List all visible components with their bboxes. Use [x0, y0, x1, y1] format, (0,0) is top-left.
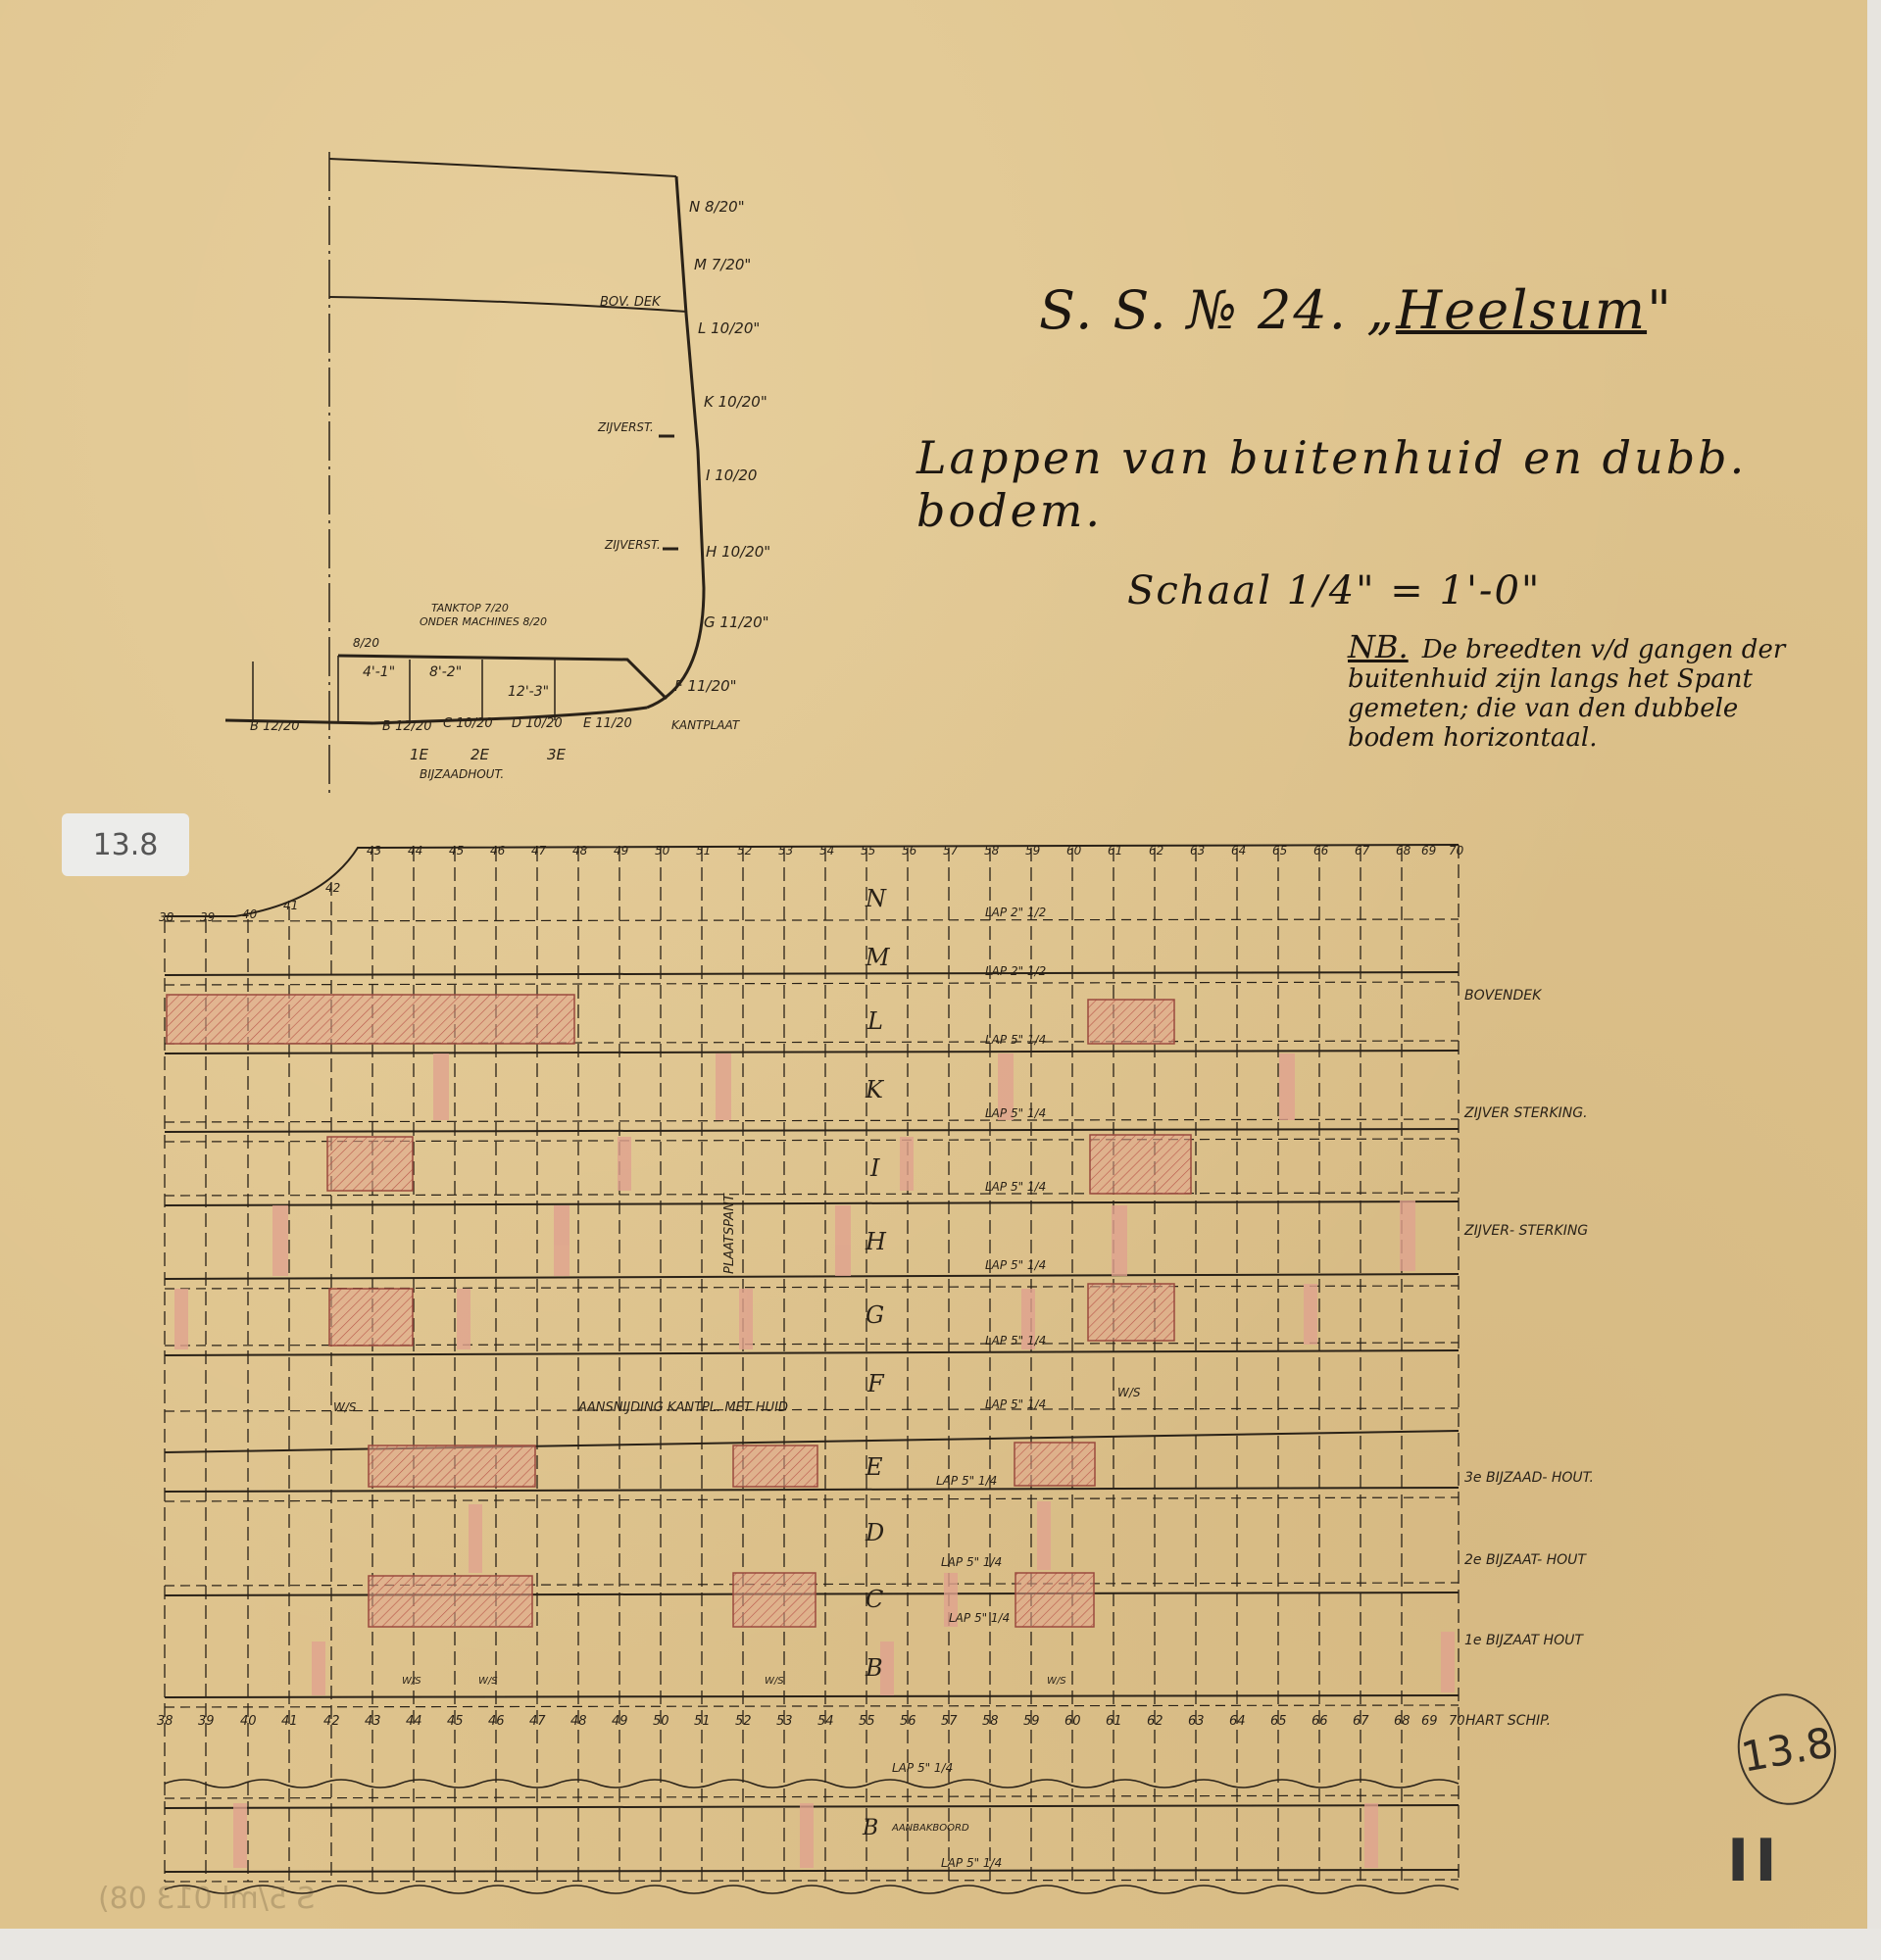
strake-L-thickness: L 10/20" — [698, 319, 760, 337]
svg-text:44: 44 — [408, 844, 422, 857]
svg-text:69: 69 — [1421, 1714, 1438, 1729]
svg-text:41: 41 — [281, 1714, 298, 1729]
bijzaadhout-2-label: 2e BIJZAAT- HOUT — [1464, 1552, 1587, 1568]
svg-text:46: 46 — [488, 1714, 505, 1729]
svg-text:47: 47 — [529, 1714, 546, 1729]
svg-text:51: 51 — [694, 1714, 711, 1729]
svg-text:56: 56 — [900, 1714, 916, 1729]
svg-text:LAP 5" 1/4: LAP 5" 1/4 — [985, 1106, 1046, 1120]
svg-text:44: 44 — [406, 1714, 422, 1729]
svg-text:57: 57 — [943, 844, 959, 857]
bijzaadhout-3-label: 3e BIJZAAD- HOUT. — [1464, 1470, 1594, 1486]
bovendek-label: BOVENDEK — [1464, 988, 1543, 1004]
svg-text:66: 66 — [1313, 844, 1329, 857]
svg-text:LAP 2" 1/2: LAP 2" 1/2 — [985, 906, 1046, 919]
svg-text:58: 58 — [984, 844, 1000, 857]
svg-text:LAP 5" 1/4: LAP 5" 1/4 — [936, 1474, 997, 1488]
svg-text:60: 60 — [1066, 844, 1082, 857]
svg-text:W/S: W/S — [1047, 1676, 1066, 1687]
svg-text:70: 70 — [1449, 1714, 1465, 1729]
svg-text:39: 39 — [200, 910, 215, 924]
tanktop-margin-thickness: 8/20 — [353, 636, 379, 650]
svg-text:45: 45 — [447, 1714, 464, 1729]
sheet-mark: II — [1727, 1827, 1783, 1895]
aanbakboord-label: AANBAKBOORD — [891, 1823, 969, 1834]
upper-deck-line — [329, 159, 676, 176]
svg-text:58: 58 — [982, 1714, 999, 1729]
bijzaadhout-1-label: 1e BIJZAAT HOUT — [1464, 1633, 1584, 1648]
frame-numbers-top: 38 39 40 41 42 43 44 45 46 47 48 49 50 5… — [159, 844, 1464, 924]
svg-text:56: 56 — [902, 844, 917, 857]
bijzaad-2-label: 2E — [470, 746, 490, 763]
strake-C-thickness: C 10/20 — [443, 716, 493, 731]
svg-text:LAP 5" 1/4: LAP 5" 1/4 — [941, 1555, 1002, 1569]
svg-text:LAP 5" 1/4: LAP 5" 1/4 — [892, 1761, 953, 1775]
drawing-subtitle: Lappen van buitenhuid en dubb. bodem. — [916, 431, 1881, 537]
svg-text:53: 53 — [778, 844, 793, 857]
drawing-scale: Schaal 1/4" = 1'-0" — [1127, 568, 1541, 613]
svg-text:42: 42 — [323, 1714, 340, 1729]
svg-text:48: 48 — [570, 1714, 587, 1729]
svg-text:39: 39 — [198, 1714, 215, 1729]
svg-text:LAP 5" 1/4: LAP 5" 1/4 — [985, 1258, 1046, 1272]
svg-text:70: 70 — [1449, 844, 1464, 857]
svg-text:62: 62 — [1147, 1714, 1163, 1729]
svg-text:53: 53 — [776, 1714, 793, 1729]
strake-G-thickness: G 11/20" — [704, 613, 769, 631]
onder-machines-label: ONDER MACHINES 8/20 — [420, 615, 547, 628]
svg-text:E: E — [865, 1453, 883, 1481]
svg-text:68: 68 — [1394, 1714, 1411, 1729]
lap-lines — [165, 919, 1459, 1882]
dimension-4-1: 4'-1" — [363, 664, 395, 680]
keel-strake-letter: B — [862, 1816, 878, 1840]
strake-B-thickness-2: B 12/20 — [250, 719, 300, 734]
svg-text:46: 46 — [490, 844, 506, 857]
ship-name: Heelsum — [1396, 279, 1647, 341]
svg-text:N: N — [865, 885, 887, 912]
svg-text:I: I — [869, 1154, 880, 1182]
strake-F-thickness: F 11/20" — [674, 677, 737, 695]
bov-dek-label: BOV. DEK — [600, 295, 662, 310]
svg-text:LAP 5" 1/4: LAP 5" 1/4 — [985, 1397, 1046, 1411]
svg-text:W/S: W/S — [765, 1676, 784, 1687]
svg-text:LAP 5" 1/4: LAP 5" 1/4 — [985, 1334, 1046, 1347]
zijversterking-label-2: ZIJVER- STERKING — [1463, 1223, 1588, 1239]
svg-text:L: L — [866, 1007, 883, 1035]
svg-text:65: 65 — [1270, 1714, 1287, 1729]
svg-text:C: C — [866, 1586, 883, 1613]
bijzaad-1-label: 1E — [410, 746, 429, 763]
kantplaat-label: KANTPLAAT — [671, 718, 741, 732]
svg-text:W/S: W/S — [333, 1400, 357, 1414]
svg-text:M: M — [865, 944, 891, 971]
zijverst-label-1: ZIJVERST. — [597, 420, 654, 434]
tanktop-label: TANKTOP 7/20 — [431, 602, 509, 614]
strake-M-thickness: M 7/20" — [694, 256, 751, 273]
midship-section — [225, 152, 704, 794]
svg-text:LAP 5" 1/4: LAP 5" 1/4 — [985, 1180, 1046, 1194]
svg-text:63: 63 — [1190, 844, 1205, 857]
svg-text:LAP 5" 1/4: LAP 5" 1/4 — [985, 1033, 1046, 1047]
svg-text:LAP 2" 1/2: LAP 2" 1/2 — [985, 964, 1046, 978]
dimension-12-3: 12'-3" — [508, 684, 549, 700]
svg-text:K: K — [865, 1076, 885, 1103]
plaatspant-label: PLAATSPANT — [722, 1193, 737, 1274]
dimension-8-2: 8'-2" — [429, 664, 462, 680]
strake-N-thickness: N 8/20" — [689, 198, 745, 216]
svg-text:52: 52 — [735, 1714, 752, 1729]
svg-text:66: 66 — [1312, 1714, 1328, 1729]
svg-text:54: 54 — [819, 844, 834, 857]
sheet-label-sticker: 13.8 — [62, 813, 189, 876]
drawing-note: NB.De breedten v/d gangen der buitenhuid… — [1348, 632, 1818, 753]
svg-text:W/S: W/S — [1117, 1386, 1141, 1399]
svg-text:49: 49 — [612, 1714, 628, 1729]
svg-text:F: F — [866, 1370, 885, 1397]
svg-text:65: 65 — [1272, 844, 1287, 857]
strake-I-thickness: I 10/20 — [706, 466, 757, 484]
svg-text:45: 45 — [449, 844, 464, 857]
svg-text:60: 60 — [1064, 1714, 1081, 1729]
svg-text:50: 50 — [655, 844, 670, 857]
svg-text:B: B — [865, 1654, 883, 1682]
zijversterking-label-1: ZIJVER STERKING. — [1463, 1105, 1588, 1121]
svg-text:49: 49 — [614, 844, 628, 857]
svg-text:H: H — [865, 1228, 887, 1255]
svg-text:47: 47 — [531, 844, 547, 857]
strake-H-thickness: H 10/20" — [706, 543, 770, 561]
svg-text:59: 59 — [1025, 844, 1040, 857]
svg-text:55: 55 — [859, 1714, 875, 1729]
strake-seams — [165, 972, 1459, 1872]
strake-D-thickness: D 10/20 — [512, 716, 563, 731]
svg-text:50: 50 — [653, 1714, 669, 1729]
bijzaadhout-label: BIJZAADHOUT. — [420, 767, 504, 781]
svg-text:57: 57 — [941, 1714, 958, 1729]
aansnijding-label: AANSNIJDING KANTPL. MET HUID — [577, 1400, 788, 1415]
svg-text:59: 59 — [1023, 1714, 1040, 1729]
svg-text:38: 38 — [159, 910, 174, 924]
svg-text:43: 43 — [365, 1714, 381, 1729]
svg-text:64: 64 — [1231, 844, 1246, 857]
frame-numbers-bottom: 38 39 40 41 42 43 44 45 46 47 48 49 50 5… — [157, 1714, 1465, 1729]
svg-text:42: 42 — [325, 881, 340, 895]
svg-text:61: 61 — [1106, 1714, 1122, 1729]
svg-text:67: 67 — [1353, 1714, 1369, 1729]
svg-text:LAP 5" 1/4: LAP 5" 1/4 — [949, 1611, 1010, 1625]
strake-E-thickness: E 11/20 — [583, 716, 632, 731]
strake-B-thickness-1: B 12/20 — [382, 719, 432, 734]
svg-text:55: 55 — [861, 844, 875, 857]
svg-text:63: 63 — [1188, 1714, 1205, 1729]
svg-text:43: 43 — [367, 844, 381, 857]
drawing-title: S. S. № 24. „Heelsum" — [1039, 279, 1673, 341]
svg-text:61: 61 — [1108, 844, 1122, 857]
bijzaad-3-label: 3E — [547, 746, 567, 763]
strake-K-thickness: K 10/20" — [704, 393, 767, 411]
svg-text:68: 68 — [1396, 844, 1411, 857]
svg-text:69: 69 — [1421, 844, 1436, 857]
svg-text:G: G — [866, 1301, 884, 1329]
svg-text:67: 67 — [1355, 844, 1370, 857]
hart-schip-label: HART SCHIP. — [1465, 1713, 1551, 1729]
svg-text:62: 62 — [1149, 844, 1163, 857]
svg-text:51: 51 — [696, 844, 711, 857]
svg-text:38: 38 — [157, 1714, 173, 1729]
svg-text:40: 40 — [240, 1714, 257, 1729]
strake-letters: N M L K I H G F E D C B — [865, 885, 891, 1682]
zijverst-label-2: ZIJVERST. — [604, 538, 661, 552]
svg-text:W/S: W/S — [478, 1676, 498, 1687]
mirrored-stamp: S 5/ml 013 08) — [98, 1882, 316, 1916]
svg-text:40: 40 — [242, 907, 258, 921]
svg-text:D: D — [865, 1519, 884, 1546]
svg-text:48: 48 — [572, 844, 588, 857]
svg-text:W/S: W/S — [402, 1676, 421, 1687]
svg-text:41: 41 — [283, 899, 298, 912]
svg-text:LAP 5" 1/4: LAP 5" 1/4 — [941, 1856, 1002, 1870]
svg-text:52: 52 — [737, 844, 752, 857]
svg-text:64: 64 — [1229, 1714, 1246, 1729]
svg-text:54: 54 — [817, 1714, 834, 1729]
right-labels: BOVENDEK ZIJVER STERKING. ZIJVER- STERKI… — [1463, 988, 1594, 1729]
